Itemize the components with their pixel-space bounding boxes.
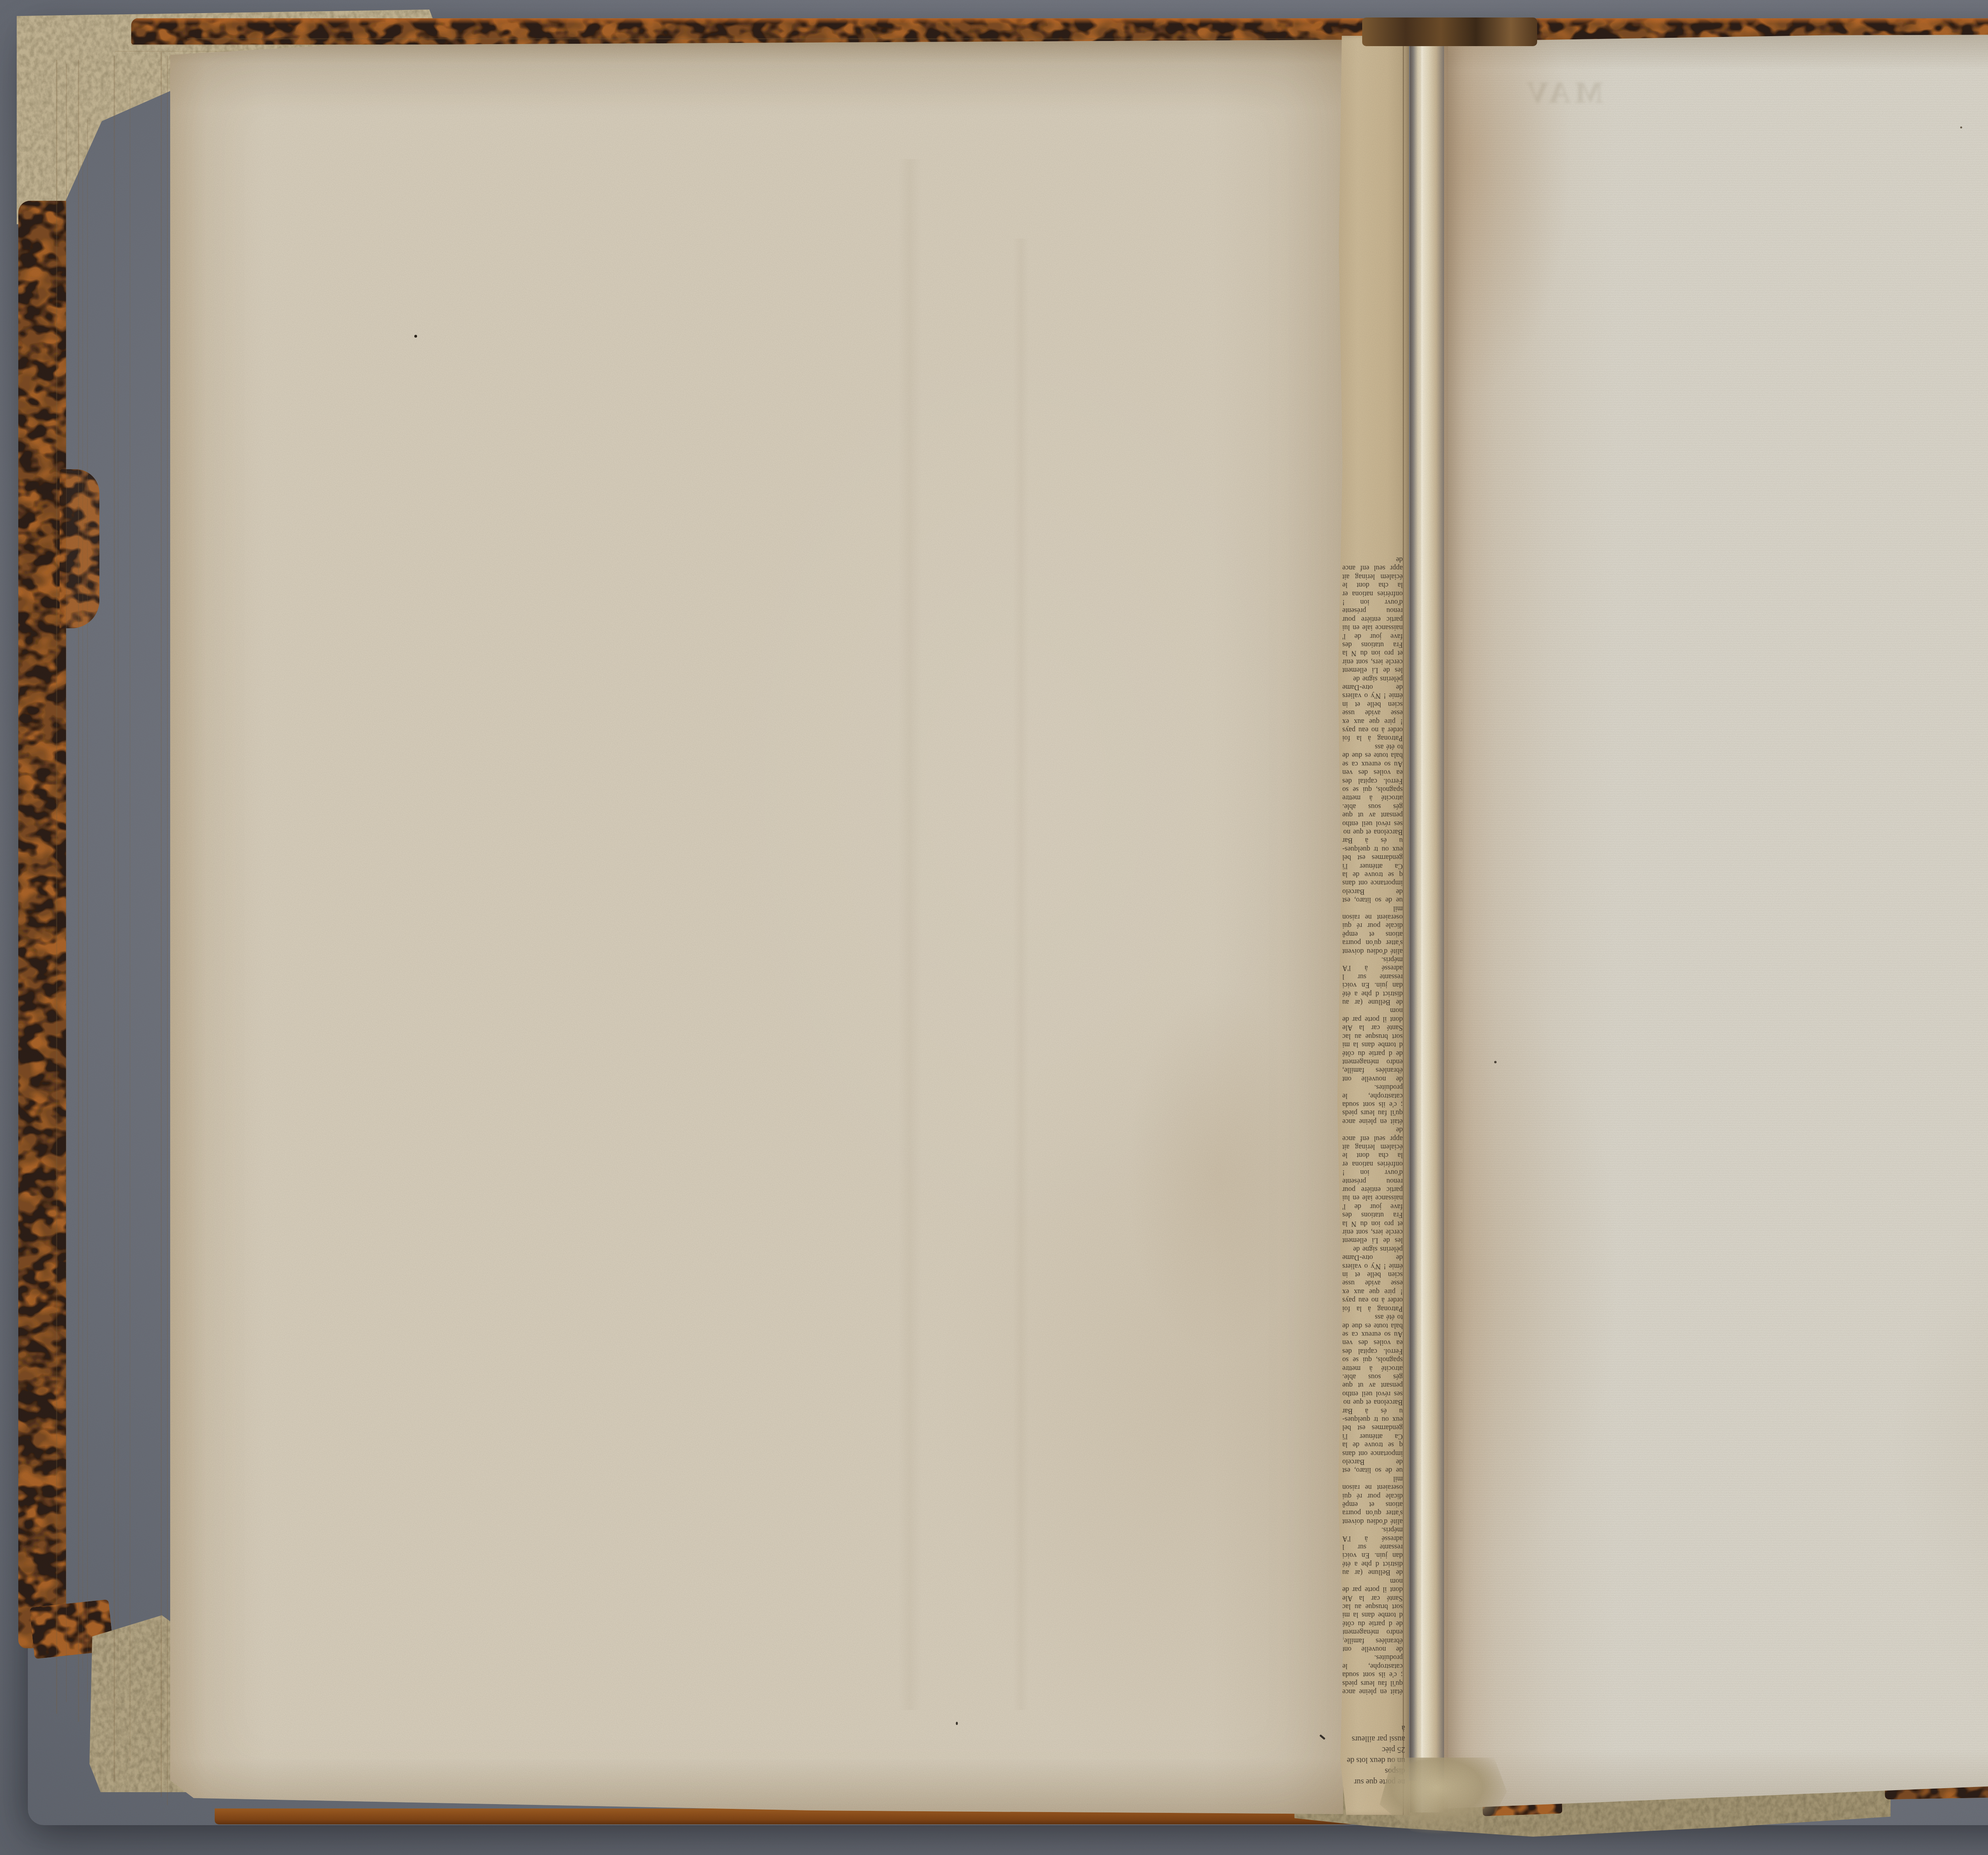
ink-speck — [1319, 1734, 1325, 1740]
ink-speck — [414, 335, 417, 338]
ink-speck — [1494, 1061, 1497, 1063]
ink-speck — [1960, 126, 1962, 128]
photograph-open-album: MAV était en pleine ance qu'il fau leurs… — [0, 0, 1988, 1855]
blemishes — [0, 0, 1988, 1855]
ink-speck — [956, 1722, 958, 1725]
